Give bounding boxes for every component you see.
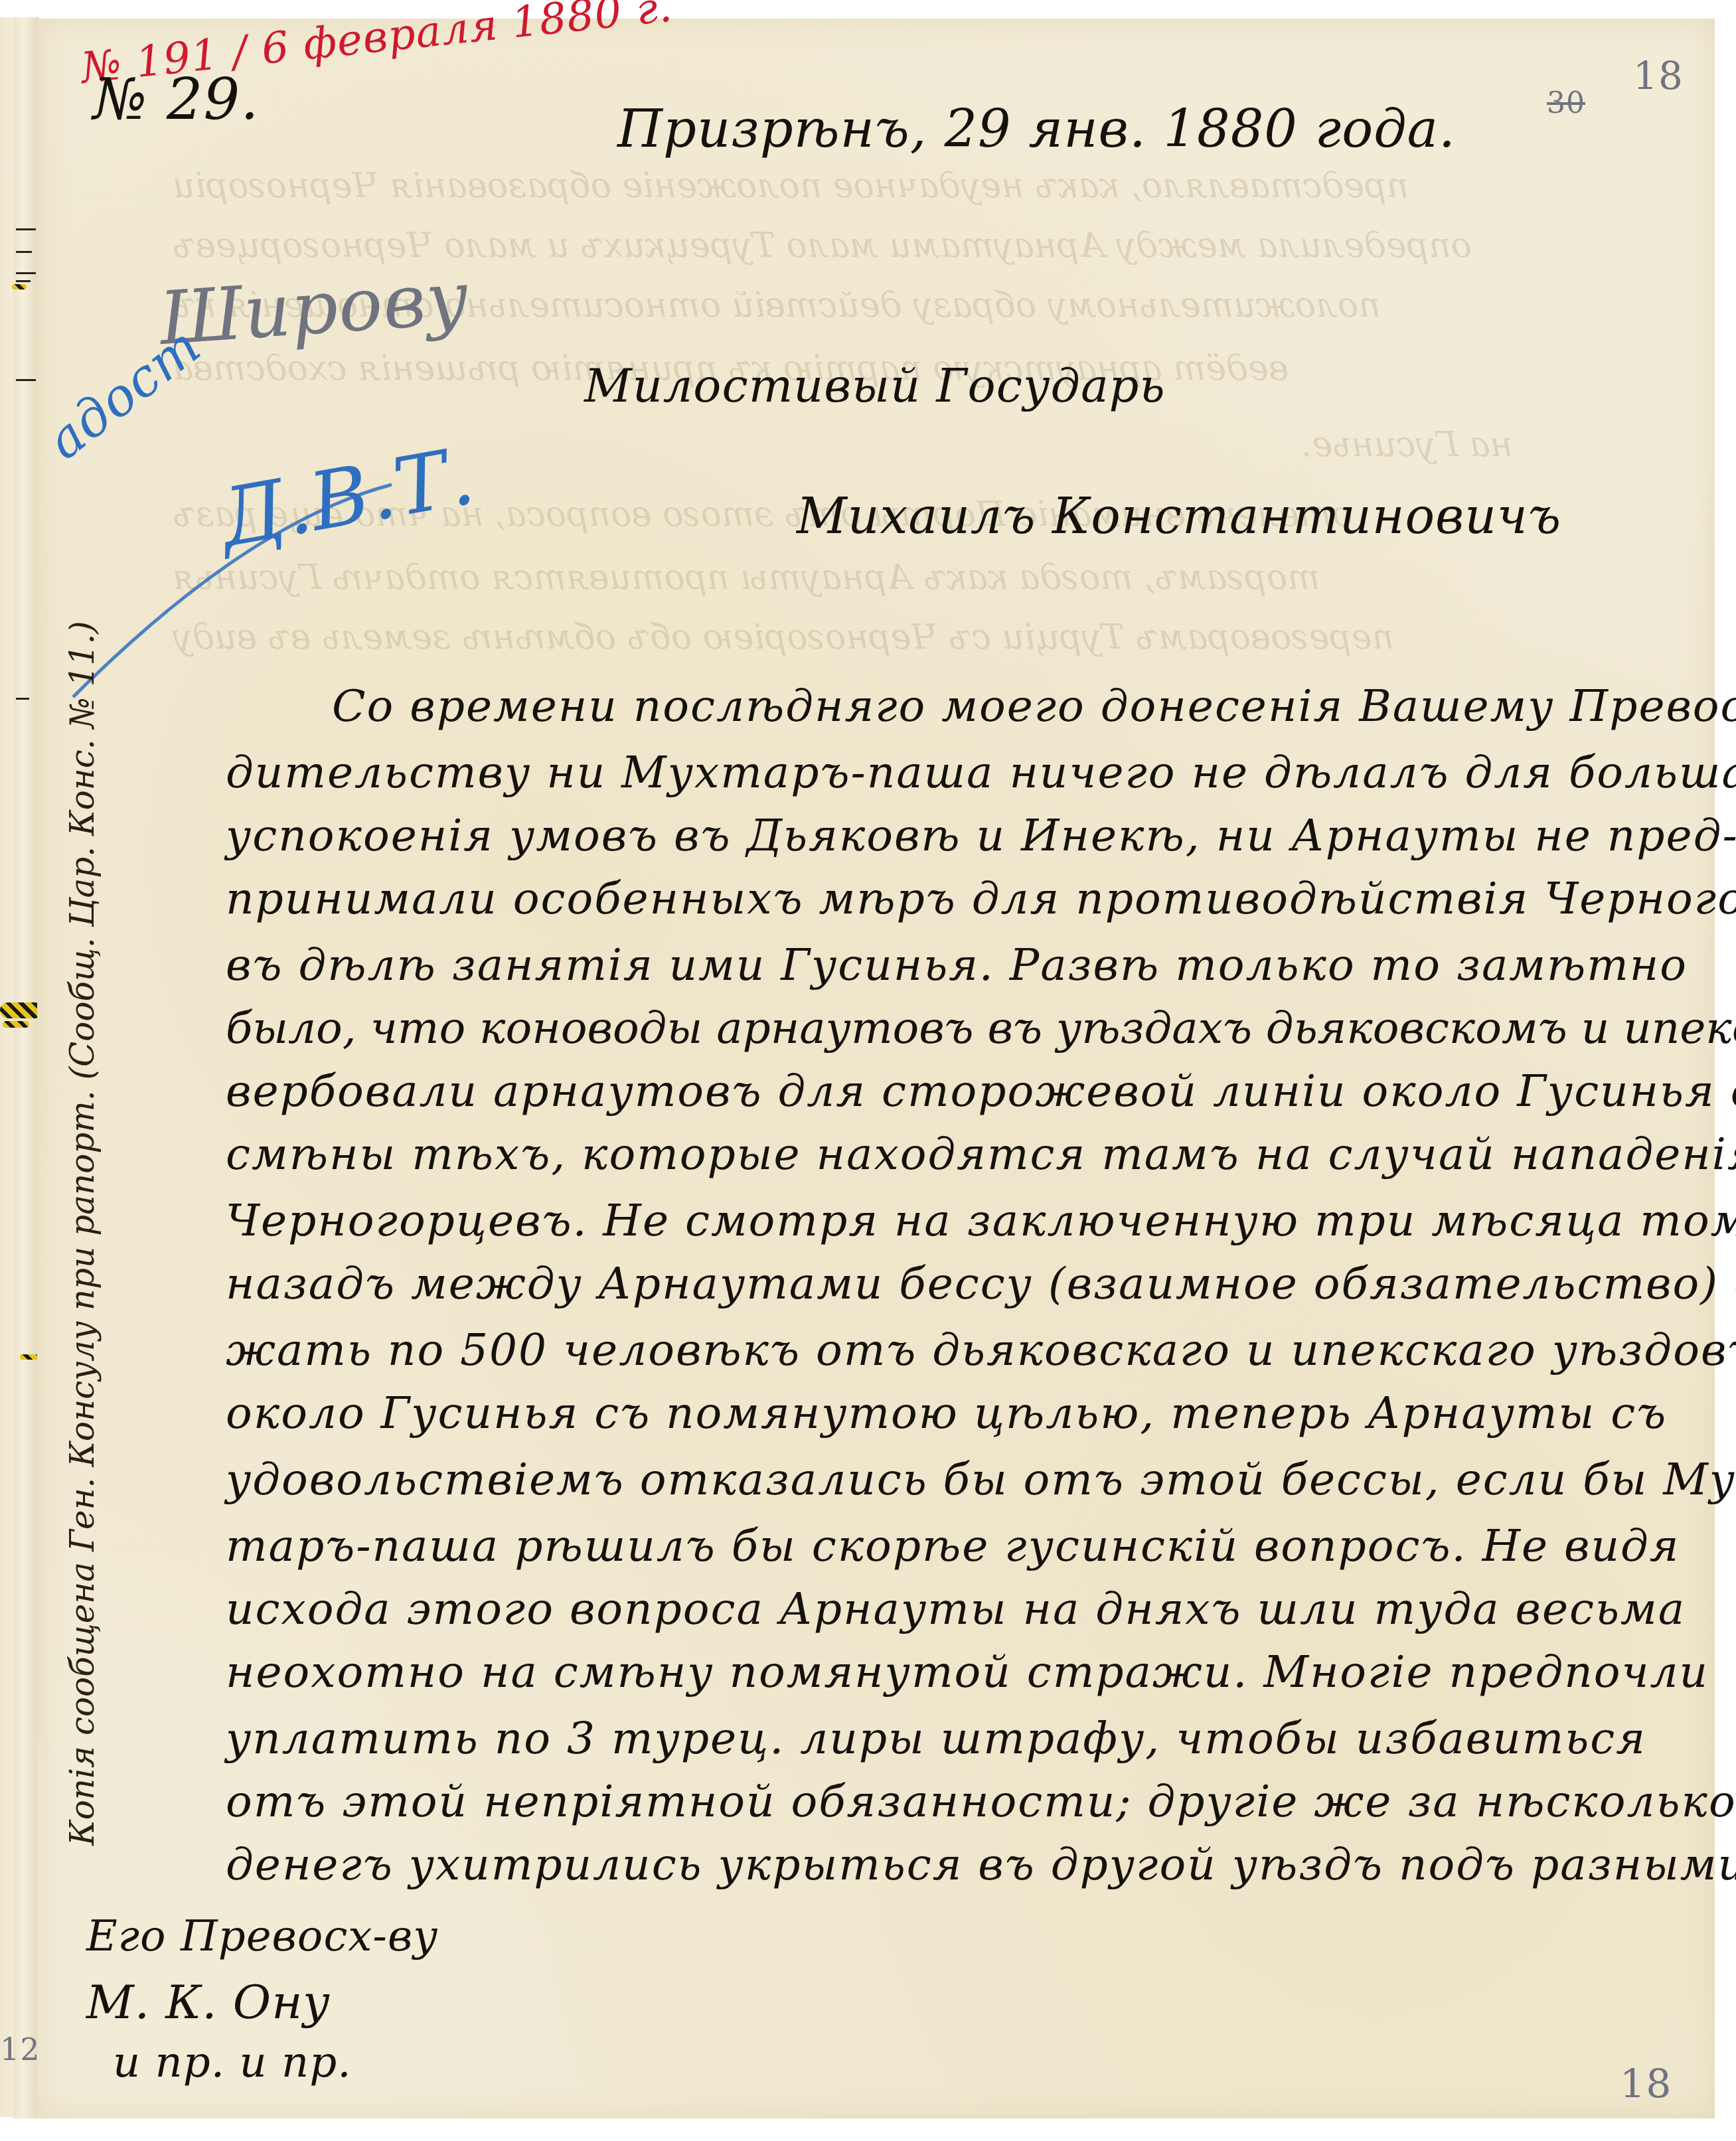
body-line: жать по 500 человѣкъ отъ дьяковскаго и и… — [226, 1324, 1736, 1376]
binding-tick — [16, 698, 29, 700]
binding-thread — [20, 1354, 39, 1360]
page-number-bottom: 18 — [1620, 2061, 1672, 2108]
bleed-through-text: на Гусинье. — [1301, 425, 1513, 465]
binding-strip — [0, 17, 14, 2117]
bleed-through-text: определила между Арнаутами мало Турецких… — [173, 226, 1472, 266]
binding-tick — [16, 228, 36, 230]
place-date: Призрѣнъ, 29 янв. 1880 года. — [617, 100, 1456, 159]
left-margin-page-number: 12 — [0, 2031, 40, 2067]
addressee-line3: и пр. и пр. — [113, 2038, 352, 2087]
binding-fold — [13, 17, 39, 2118]
binding-thread — [3, 1021, 29, 1028]
body-line: Черногорцевъ. Не смотря на заключенную т… — [226, 1195, 1736, 1246]
body-line: удовольствіемъ отказались бы отъ этой бе… — [226, 1454, 1736, 1505]
blue-pencil-stroke — [66, 425, 398, 704]
salutation-line2: Михаилъ Константиновичъ — [797, 488, 1561, 545]
body-line: исхода этого вопроса Арнауты на дняхъ шл… — [226, 1583, 1686, 1634]
body-line: таръ-паша рѣшилъ бы скорѣе гусинскій воп… — [226, 1520, 1680, 1571]
salutation-line1: Милостивый Государь — [584, 358, 1166, 413]
body-line: было, что коноводы арнаутовъ въ уѣздахъ … — [226, 1002, 1736, 1054]
vertical-margin-note: Копія сообщена Ген. Консулу при рапорт. … — [63, 621, 102, 1846]
body-line: успокоенія умовъ въ Дьяковѣ и Инекѣ, ни … — [226, 810, 1736, 861]
addressee-line1: Его Превосх-ву — [86, 1912, 438, 1961]
body-line: дительству ни Мухтаръ-паша ничего не дѣл… — [226, 747, 1736, 798]
binding-tick — [16, 379, 36, 381]
body-line: принимали особенныхъ мѣръ для противодѣй… — [226, 873, 1736, 924]
body-line: около Гусинья съ помянутою цѣлью, теперь… — [226, 1388, 1667, 1439]
body-line: въ дѣлѣ занятія ими Гусинья. Развѣ тольк… — [226, 939, 1688, 991]
letter-number: № 29. — [93, 66, 260, 133]
body-line: денегъ ухитрились укрыться въ другой уѣз… — [226, 1839, 1736, 1890]
binding-tick — [16, 272, 36, 274]
body-line: уплатить по 3 турец. лиры штрафу, чтобы … — [226, 1713, 1646, 1764]
body-line: Со времени послѣдняго моего донесенія Ва… — [332, 680, 1736, 732]
body-line: отъ этой непріятной обязанности; другіе … — [226, 1776, 1736, 1827]
binding-tick — [16, 280, 31, 282]
bleed-through-text: представляло, какъ неудачное положеніе о… — [173, 166, 1409, 206]
page-number-top: 18 — [1633, 53, 1684, 98]
addressee-line2: М. К. Ону — [86, 1975, 331, 2029]
body-line: вербовали арнаутовъ для сторожевой линіи… — [226, 1066, 1736, 1117]
page-number-struck: 30 — [1547, 86, 1585, 120]
body-line: неохотно на смѣну помянутой стражи. Мног… — [226, 1646, 1709, 1698]
binding-thread — [12, 284, 27, 289]
binding-thread-knot — [0, 1002, 42, 1018]
body-line: смѣны тѣхъ, которые находятся тамъ на сл… — [226, 1129, 1736, 1180]
body-line: назадъ между Арнаутами бессу (взаимное о… — [226, 1258, 1736, 1309]
binding-tick — [16, 251, 32, 253]
